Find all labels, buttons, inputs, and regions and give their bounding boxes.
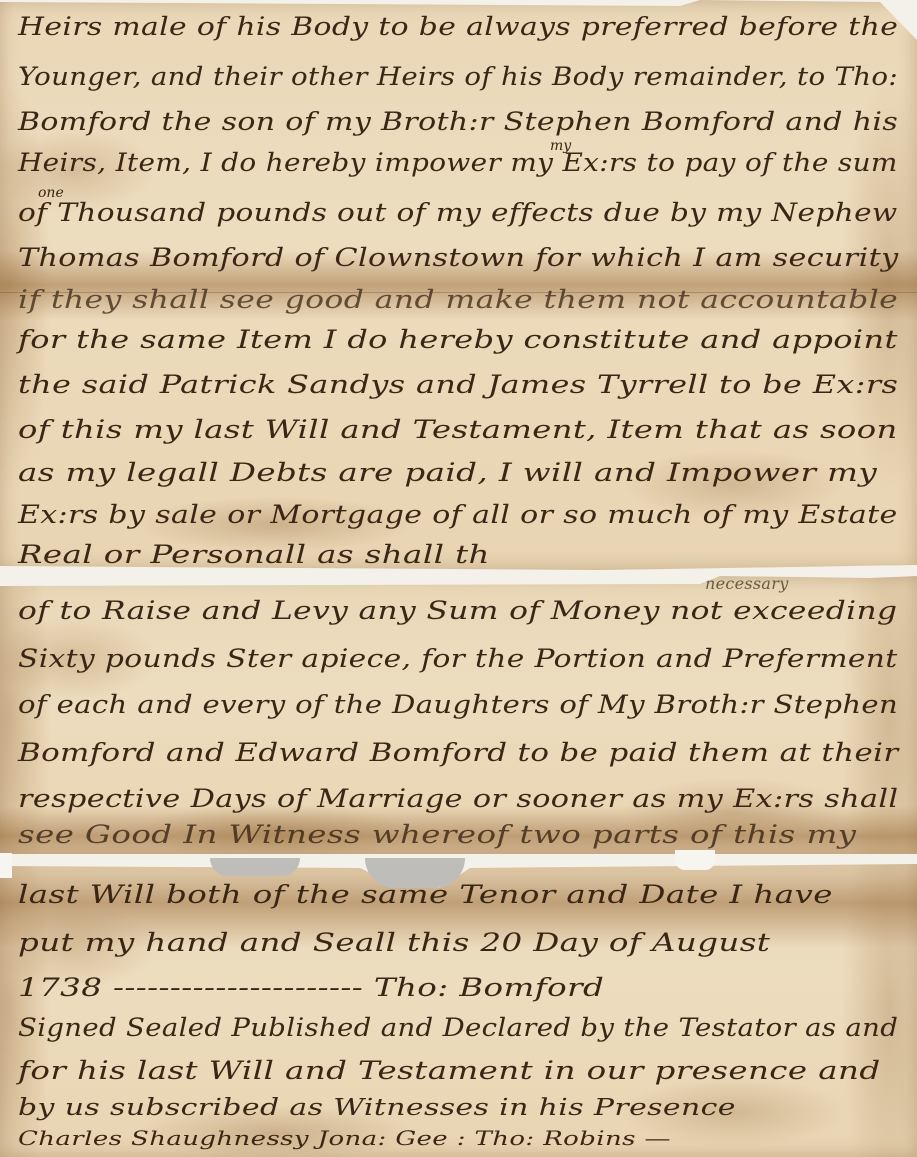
manuscript-line: of to Raise and Levy any Sum of Money no… — [18, 596, 897, 625]
tear-hole — [0, 853, 12, 878]
manuscript-line: Sixty pounds Ster apiece, for the Portio… — [18, 644, 898, 673]
manuscript-line: see Good In Witness whereof two parts of… — [18, 820, 856, 849]
manuscript-line: of each and every of the Daughters of My… — [18, 690, 898, 719]
signature-line: 1738 ---------------------- Tho: Bomford — [18, 973, 604, 1002]
manuscript-line: Heirs male of his Body to be always pref… — [18, 12, 898, 41]
manuscript-line: Heirs, Item, I do hereby impower my Ex:r… — [18, 148, 898, 177]
manuscript-line: for his last Will and Testament in our p… — [18, 1056, 881, 1085]
tear-hole — [365, 858, 465, 888]
tear-hole — [675, 850, 715, 870]
document-fragment-1: Heirs male of his Body to be always pref… — [0, 0, 917, 570]
manuscript-line: respective Days of Marriage or sooner as… — [18, 784, 898, 813]
manuscript-line: Bomford the son of my Broth:r Stephen Bo… — [18, 107, 898, 136]
manuscript-line: Bomford and Edward Bomford to be paid th… — [18, 738, 899, 767]
manuscript-line: Thomas Bomford of Clownstown for which I… — [18, 243, 899, 272]
manuscript-line: Real or Personall as shall th — [18, 540, 490, 569]
manuscript-line: Ex:rs by sale or Mortgage of all or so m… — [18, 500, 898, 529]
manuscript-line: the said Patrick Sandys and James Tyrrel… — [18, 370, 898, 399]
witness-signatures: Charles Shaughnessy Jona: Gee : Tho: Rob… — [18, 1126, 671, 1150]
manuscript-line: Signed Sealed Published and Declared by … — [18, 1013, 898, 1042]
manuscript-line: if they shall see good and make them not… — [18, 285, 898, 314]
manuscript-line: of Thousand pounds out of my effects due… — [18, 198, 898, 227]
manuscript-line: Younger, and their other Heirs of his Bo… — [18, 62, 898, 91]
manuscript-line: put my hand and Seall this 20 Day of Aug… — [18, 928, 770, 957]
manuscript-line: as my legall Debts are paid, I will and … — [18, 458, 877, 487]
manuscript-line: of this my last Will and Testament, Item… — [18, 415, 898, 444]
document-fragment-2: necessary of to Raise and Levy any Sum o… — [0, 576, 917, 854]
document-fragment-3: last Will both of the same Tenor and Dat… — [0, 858, 917, 1157]
manuscript-line: for the same Item I do hereby constitute… — [18, 325, 898, 354]
torn-edge-text: necessary — [705, 574, 789, 593]
manuscript-line: by us subscribed as Witnesses in his Pre… — [18, 1095, 736, 1121]
tear-hole — [210, 858, 300, 876]
